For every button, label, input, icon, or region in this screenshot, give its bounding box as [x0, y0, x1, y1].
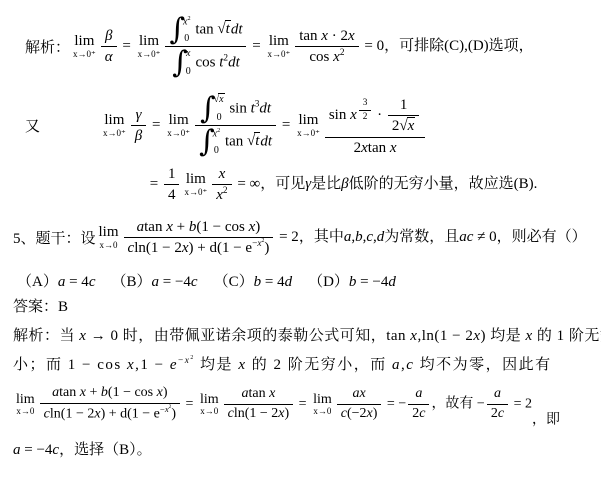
math-run: 2	[363, 112, 368, 122]
math-run: （D）	[308, 274, 349, 290]
question5-stem: 5、题干：设 limx→0atan x + b(1 − cos x)cln(1 …	[13, 217, 601, 258]
math-limit-subscript: x→0	[16, 407, 34, 417]
math-run: ，其中	[299, 229, 344, 245]
math-run: cos	[192, 54, 220, 70]
math-superscript: −x2	[252, 239, 264, 249]
math-variable: a	[152, 274, 160, 290]
math-fraction: axc(−2x)	[337, 385, 382, 424]
math-run: sin	[329, 106, 350, 122]
integral-upper-limit: x2	[183, 16, 191, 27]
math-run: （B）	[111, 274, 151, 290]
math-limit-word: lim	[200, 392, 219, 407]
math-variable: ax	[352, 386, 365, 401]
question5-conclusion: a = −4c，选择（B）。	[13, 438, 601, 459]
math-run: ,ln(1 − 2	[417, 328, 473, 344]
math-fraction: γβ	[131, 105, 146, 146]
math-run: ，故有 −	[431, 396, 484, 411]
math-variable: β	[135, 128, 142, 144]
math-variable: b	[355, 229, 363, 245]
math-run: 0	[184, 33, 189, 44]
math-run: 低阶的无穷小量，故应选(B).	[349, 176, 538, 192]
math-limit-subscript: x→0⁺	[103, 129, 126, 139]
math-denominator: cln(1 − 2x)	[224, 404, 294, 424]
math-fraction: atan x + b(1 − cos x)cln(1 − 2x) + d(1 −…	[40, 384, 180, 424]
integral-lower-limit: 0	[214, 113, 225, 123]
math-fraction: sin x32 · 12√x2xtan x	[325, 94, 426, 158]
math-run: 2	[223, 186, 228, 196]
math-run: 的 2 阶无穷小，而	[246, 357, 392, 373]
math-numerator: atan x	[224, 385, 294, 404]
math-variable: x	[321, 28, 328, 44]
math-run: = ∞	[234, 176, 261, 192]
math-limit-word: lim	[313, 392, 332, 407]
math-run: tan	[299, 28, 321, 44]
math-run: =	[248, 38, 264, 54]
math-limit: limx→0⁺	[138, 33, 161, 59]
math-limit-word: lim	[169, 112, 189, 129]
math-run: → 0 时，由带佩亚诺余项的泰勒公式可知，tan	[86, 328, 410, 344]
math-integral-limits: x0	[186, 48, 191, 78]
math-run: =	[295, 396, 310, 411]
math-denominator: c(−2x)	[337, 404, 382, 424]
math-run: = −4	[356, 274, 388, 290]
math-variable: c	[89, 274, 96, 290]
math-limit-word: lim	[16, 392, 35, 407]
math-variable: c	[191, 274, 198, 290]
math-sqrt: √t	[217, 21, 230, 37]
math-run: +	[86, 385, 101, 400]
math-denominator: α	[101, 46, 117, 67]
math-variable: a	[494, 386, 501, 401]
math-run: )	[171, 407, 176, 422]
math-fraction: 14	[164, 164, 180, 205]
math-run: 0	[217, 112, 222, 123]
analysis-text-part2: 小；而 1 − cos x,1 − e−x2 均是 x 的 2 阶无穷小，而 a…	[13, 353, 552, 374]
math-variable: dt	[231, 21, 243, 37]
math-variable: β	[341, 176, 348, 192]
math-run: ) + d(1 − e	[189, 240, 253, 256]
math-denominator: cos x2	[295, 46, 358, 67]
math-run: (−2	[347, 406, 367, 421]
math-variable: a	[415, 386, 422, 401]
math-run: (1 − cos	[108, 385, 157, 400]
math-run: 2	[340, 48, 345, 58]
math-sqrt: √x	[214, 94, 225, 105]
math-run: = 4	[261, 274, 284, 290]
math-run: · 2	[328, 28, 348, 44]
math-limit-subscript: x→0	[100, 241, 118, 251]
math-run: = −4	[21, 442, 53, 458]
math-variable: x	[350, 106, 357, 122]
label-also: 又	[25, 115, 40, 136]
integral-lower-limit: 0	[213, 146, 221, 156]
math-limit-word: lim	[104, 112, 124, 129]
math-limit-word: lim	[99, 224, 119, 241]
math-variable: b	[101, 385, 108, 400]
integral-upper-limit: x2	[213, 128, 221, 139]
math-run: 4	[168, 187, 176, 203]
math-run: )	[264, 240, 269, 256]
question5-options-row: （A）a = 4c （B）a = −4c （C）b = 4d （D）b = −4…	[17, 270, 601, 291]
math-run: 为常数，且	[384, 229, 459, 245]
math-run: )	[373, 406, 378, 421]
math-run: )	[255, 219, 260, 235]
question5-analysis-line1: 解析： 当 x → 0 时，由带佩亚诺余项的泰勒公式可知，tan x,ln(1 …	[13, 324, 601, 345]
math-denominator: β	[131, 125, 146, 146]
formula-limit-gamma-over-beta: limx→0⁺γβ = limx→0⁺∫√x0 sin t3dt∫x20 tan…	[100, 93, 427, 158]
option-a: （A）a = 4c	[17, 270, 95, 291]
math-superscript: 2	[187, 15, 190, 22]
math-variable: x	[216, 187, 223, 203]
math-fraction: a2c	[408, 385, 429, 424]
label-analysis-1: 解析：	[25, 36, 70, 57]
math-run: 是比	[311, 176, 341, 192]
math-run: = 2	[275, 229, 298, 245]
math-integral-limits: √x0	[214, 94, 225, 124]
math-variable: x	[361, 140, 368, 156]
math-variable: x	[408, 118, 415, 134]
math-denominator: 2c	[408, 404, 429, 424]
math-run: ln(1 − 2	[50, 407, 94, 422]
math-run: 1	[168, 166, 176, 182]
math-variable: x	[473, 328, 480, 344]
math-integral-limits: x20	[213, 127, 221, 157]
math-limit: limx→0⁺	[103, 112, 126, 138]
math-limit: limx→0	[200, 392, 219, 417]
math-run: tan	[368, 140, 390, 156]
math-limit-subscript: x→0⁺	[267, 50, 290, 60]
math-run: ≠ 0，则必有（）	[473, 229, 586, 245]
math-variable: t	[226, 21, 230, 37]
solution-block1-line1: 解析： limx→0⁺βα = limx→0⁺∫x20 tan √tdt∫x0 …	[25, 14, 601, 79]
math-fraction: βα	[101, 26, 117, 67]
math-numerator: a	[408, 385, 429, 404]
math-variable: d	[388, 274, 396, 290]
math-numerator: tan x · 2x	[295, 26, 358, 46]
math-numerator: γ	[131, 105, 146, 125]
math-run: （A）	[17, 274, 58, 290]
math-run: =	[148, 117, 164, 133]
math-denominator: 2c	[487, 404, 508, 424]
math-superscript: −x2	[160, 404, 171, 414]
math-limit: limx→0⁺	[297, 112, 320, 138]
math-variable: x	[166, 219, 173, 235]
math-denominator: x2	[212, 184, 231, 205]
math-variable: x	[186, 48, 190, 59]
math-limit: limx→0	[16, 392, 35, 417]
math-run: cos	[309, 49, 333, 65]
math-variable: dt	[259, 100, 271, 116]
math-run: sin	[226, 100, 251, 116]
math-fraction: 32	[359, 97, 372, 124]
math-numerator: atan x + b(1 − cos x)	[40, 384, 180, 403]
solution-block1-line3: = 14limx→0⁺xx2 = ∞，可见γ是比β低阶的无穷小量，故应选(B).	[146, 164, 601, 205]
math-run: 小；而 1 − cos	[13, 357, 127, 373]
integral-upper-limit: √x	[214, 95, 225, 105]
math-run: 2	[354, 140, 362, 156]
math-run: 均不为零，因此有	[414, 357, 551, 373]
math-limit-subscript: x→0⁺	[184, 188, 207, 198]
math-run: ,1 −	[135, 357, 170, 373]
math-numerator: ∫√x0 sin t3dt	[195, 93, 276, 125]
math-run: 0	[214, 145, 219, 156]
math-run: 0	[186, 66, 191, 77]
math-limit-subscript: x→0⁺	[138, 50, 161, 60]
formula-final-limit-chain: limx→0atan x + b(1 − cos x)cln(1 − 2x) +…	[13, 384, 560, 428]
math-run: = −	[383, 396, 406, 411]
math-run: ，选择（B）。	[59, 442, 152, 458]
math-variable: c	[498, 406, 504, 421]
math-run: +	[173, 219, 189, 235]
math-integral: ∫x20	[169, 15, 190, 45]
math-run: =	[146, 176, 162, 192]
math-run: )	[285, 406, 290, 421]
math-fraction: xx2	[212, 164, 231, 205]
math-denominator: 2	[359, 110, 372, 124]
label-analysis-2: 解析：	[13, 324, 60, 345]
math-sqrt: √t	[247, 133, 260, 149]
math-numerator: β	[101, 26, 117, 46]
math-run: 均是	[195, 357, 239, 373]
math-limit-subscript: x→0⁺	[297, 129, 320, 139]
math-run: (1 − cos	[196, 219, 248, 235]
math-integral: ∫√x0	[200, 94, 225, 124]
conclusion-text: a = −4c，选择（B）。	[13, 438, 152, 459]
math-run: tan	[221, 133, 247, 149]
math-run: 当	[60, 328, 80, 344]
math-fraction: 12√x	[388, 95, 419, 136]
math-run: ln(1 − 2	[234, 406, 278, 421]
math-run: ·	[373, 106, 386, 122]
math-run: 2	[491, 406, 498, 421]
math-run: ，可见	[260, 176, 305, 192]
math-variable: a	[392, 357, 401, 373]
math-run: tan	[248, 386, 269, 401]
math-variable: x	[526, 328, 533, 344]
math-run: −	[178, 356, 185, 366]
math-numerator: 1	[388, 95, 419, 115]
math-fraction: a2c	[487, 385, 508, 424]
math-numerator: a	[487, 385, 508, 404]
integral-lower-limit: 0	[186, 67, 191, 77]
math-run: = 2	[510, 396, 532, 411]
math-run: tan	[59, 385, 80, 400]
math-fraction: ∫x20 tan √tdt∫x0 cos t2dt	[165, 14, 246, 79]
math-limit-subscript: x→0⁺	[73, 50, 96, 60]
math-variable: d	[285, 274, 293, 290]
math-denominator: ∫x0 cos t2dt	[165, 46, 246, 79]
answer-line: 答案：B	[13, 295, 601, 316]
formula-limit-beta-over-alpha: limx→0⁺βα = limx→0⁺∫x20 tan √tdt∫x0 cos …	[70, 14, 534, 79]
math-run: 3	[363, 98, 368, 108]
label-question5: 5、题干：设	[13, 227, 96, 248]
math-limit-word: lim	[298, 112, 318, 129]
math-variable: dt	[260, 133, 272, 149]
solution-block1-line2: 又 limx→0⁺γβ = limx→0⁺∫√x0 sin t3dt∫x20 t…	[25, 93, 601, 158]
math-run: ) 均是	[481, 328, 526, 344]
math-superscript: −x2	[178, 356, 195, 366]
math-denominator: 4	[164, 184, 180, 205]
math-numerator: sin x32 · 12√x	[325, 94, 426, 137]
math-variable: c	[366, 229, 373, 245]
math-variable: β	[105, 28, 112, 44]
math-limit-word: lim	[269, 33, 289, 50]
math-numerator: x	[212, 164, 231, 184]
math-variable: e	[170, 357, 178, 373]
math-run: = 4	[65, 274, 88, 290]
math-fraction: atan xcln(1 − 2x)	[224, 385, 294, 424]
math-limit: limx→0⁺	[267, 33, 290, 59]
math-variable: t	[255, 133, 259, 149]
formula-question5-limit: limx→0atan x + b(1 − cos x)cln(1 − 2x) +…	[96, 217, 587, 258]
integral-upper-limit: x	[186, 49, 191, 59]
math-superscript: 32	[357, 105, 374, 115]
radical-body: x	[407, 117, 416, 134]
math-denominator: ∫x20 tan √tdt	[195, 125, 276, 158]
math-variable: x	[333, 49, 340, 65]
math-variable: x	[348, 28, 355, 44]
question5-analysis-line2: 小；而 1 − cos x,1 − e−x2 均是 x 的 2 阶无穷小，而 a…	[13, 353, 601, 374]
math-sqrt: √x	[399, 118, 415, 134]
math-run: =	[182, 396, 197, 411]
math-limit-subscript: x→0	[200, 407, 218, 417]
math-limit-word: lim	[139, 33, 159, 50]
math-limit: limx→0	[313, 392, 332, 417]
math-limit: limx→0⁺	[167, 112, 190, 138]
math-numerator: 1	[164, 164, 180, 184]
math-variable: x	[127, 357, 135, 373]
math-variable: x	[269, 386, 275, 401]
math-limit: limx→0	[99, 224, 119, 250]
math-superscript: 2	[223, 186, 228, 196]
math-run: )	[163, 385, 168, 400]
option-c: （C）b = 4d	[214, 270, 292, 291]
math-limit-word: lim	[186, 171, 206, 188]
math-fraction: atan x + b(1 − cos x)cln(1 − 2x) + d(1 −…	[124, 217, 274, 258]
math-variable: x	[390, 140, 397, 156]
math-variable: x	[182, 240, 189, 256]
math-limit-subscript: x→0	[313, 407, 331, 417]
analysis-text-part1: 当 x → 0 时，由带佩亚诺余项的泰勒公式可知，tan x,ln(1 − 2x…	[60, 324, 601, 345]
option-b: （B）a = −4c	[111, 270, 197, 291]
math-run: =	[119, 38, 135, 54]
math-run: 1	[400, 97, 408, 113]
math-numerator: ∫x20 tan √tdt	[165, 14, 246, 46]
math-numerator: 3	[359, 97, 372, 110]
option-d: （D）b = −4d	[308, 270, 396, 291]
document-page: 解析： limx→0⁺βα = limx→0⁺∫x20 tan √tdt∫x0 …	[0, 0, 601, 487]
math-integral: ∫x0	[172, 48, 191, 78]
question5-solution-chain: limx→0atan x + b(1 − cos x)cln(1 − 2x) +…	[13, 384, 601, 428]
math-variable: α	[105, 49, 113, 65]
math-variable: γ	[136, 107, 142, 123]
math-run: 2	[187, 15, 190, 22]
math-run: ln(1 − 2	[134, 240, 182, 256]
math-denominator: 2√x	[388, 115, 419, 136]
math-integral: ∫x20	[199, 127, 220, 157]
math-fraction: ∫√x0 sin t3dt∫x20 tan √tdt	[195, 93, 276, 158]
math-run: 的 1 阶无穷	[533, 328, 601, 344]
math-variable: c	[419, 406, 425, 421]
math-variable: a	[13, 442, 21, 458]
math-numerator: atan x + b(1 − cos x)	[124, 217, 274, 237]
integral-lower-limit: 0	[183, 34, 191, 44]
math-limit: limx→0⁺	[73, 33, 96, 59]
math-run: （C）	[214, 274, 254, 290]
math-denominator: 2xtan x	[325, 137, 426, 158]
math-run: tan	[192, 21, 218, 37]
answer-text: 答案：B	[13, 295, 68, 316]
math-denominator: cln(1 − 2x) + d(1 − e−x2)	[124, 237, 274, 258]
math-run: ，可排除(C),(D)选项，	[384, 38, 534, 54]
math-superscript: 2	[217, 127, 220, 134]
math-variable: x	[219, 166, 226, 182]
math-variable: x	[219, 94, 223, 105]
radical-body: x	[218, 93, 224, 105]
math-numerator: ax	[337, 385, 382, 404]
math-integral-limits: x20	[183, 15, 191, 45]
formula-limit-result-infinity: = 14limx→0⁺xx2 = ∞，可见γ是比β低阶的无穷小量，故应选(B).	[146, 164, 537, 205]
math-fraction: tan x · 2xcos x2	[295, 26, 358, 67]
math-superscript: 2	[340, 48, 345, 58]
math-limit: limx→0⁺	[184, 171, 207, 197]
math-variable: dt	[228, 54, 240, 70]
math-limit-subscript: x→0⁺	[167, 129, 190, 139]
math-run-lowered: ，即	[532, 412, 560, 427]
math-run: 2	[217, 127, 220, 134]
math-variable: ac	[459, 229, 473, 245]
math-run: tan	[144, 219, 166, 235]
math-run: ) + d(1 − e	[101, 407, 160, 422]
math-denominator: cln(1 − 2x) + d(1 − e−x2)	[40, 403, 180, 424]
math-run: = −4	[159, 274, 191, 290]
math-variable: b	[254, 274, 262, 290]
math-limit-word: lim	[74, 33, 94, 50]
math-run: = 0	[361, 38, 384, 54]
math-run: =	[278, 117, 294, 133]
